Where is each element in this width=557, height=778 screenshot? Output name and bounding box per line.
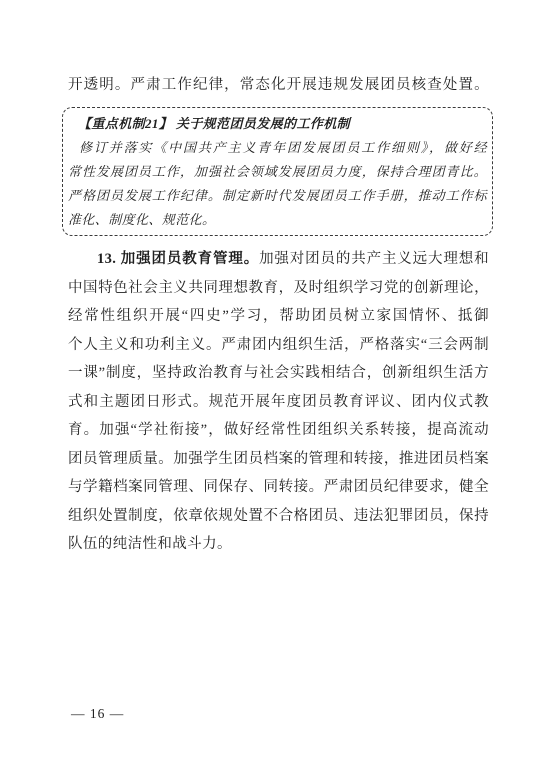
paragraph-13-lead: 13. 加强团员教育管理。 bbox=[97, 251, 259, 267]
paragraph-13-first-line: 13. 加强团员教育管理。加强对团员的共产主义远大理想和 bbox=[68, 245, 489, 274]
document-page: 开透明。严肃工作纪律，常态化开展违规发展团员核查处置。 【重点机制21】 关于规… bbox=[0, 0, 557, 778]
paragraph-13-line: 个人主义和功利主义。严肃团内组织生活，严格落实“三会两制 bbox=[68, 331, 489, 360]
paragraph-13-line: 一课”制度，坚持政治教育与社会实践相结合，创新组织生活方 bbox=[68, 359, 489, 388]
paragraph-13-line: 组织处置制度，依章依规处置不合格团员、违法犯罪团员，保持 bbox=[68, 502, 489, 531]
mechanism-box-line: 常性发展团员工作，加强社会领域发展团员力度，保持合理团青比。 bbox=[68, 160, 487, 184]
paragraph-13-first-line-rest: 加强对团员的共产主义远大理想和 bbox=[259, 251, 489, 267]
mechanism-box-line: 修订并落实《中国共产主义青年团发展团员工作细则》，做好经 bbox=[68, 136, 487, 160]
mechanism-box: 【重点机制21】 关于规范团员发展的工作机制 修订并落实《中国共产主义青年团发展… bbox=[62, 107, 493, 236]
paragraph-13-line: 与学籍档案同管理、同保存、同转接。严肃团员纪律要求，健全 bbox=[68, 473, 489, 502]
paragraph-continuation-line: 开透明。严肃工作纪律，常态化开展违规发展团员核查处置。 bbox=[68, 71, 489, 100]
paragraph-13-line: 中国特色社会主义共同理想教育，及时组织学习党的创新理论， bbox=[68, 274, 489, 303]
page-number: — 16 — bbox=[71, 703, 124, 725]
paragraph-13-line: 经常性组织开展“四史”学习，帮助团员树立家国情怀、抵御 bbox=[68, 302, 489, 331]
paragraph-13-line: 育。加强“学社衔接”，做好经常性团组织关系转接，提高流动 bbox=[68, 416, 489, 445]
mechanism-box-line: 严格团员发展工作纪律。制定新时代发展团员工作手册，推动工作标 bbox=[68, 184, 487, 208]
paragraph-13: 13. 加强团员教育管理。加强对团员的共产主义远大理想和 中国特色社会主义共同理… bbox=[68, 245, 489, 559]
paragraph-13-line: 团员管理质量。加强学生团员档案的管理和转接，推进团员档案 bbox=[68, 445, 489, 474]
mechanism-box-line: 准化、制度化、规范化。 bbox=[68, 208, 487, 232]
paragraph-13-line: 队伍的纯洁性和战斗力。 bbox=[68, 530, 489, 559]
paragraph-13-line: 式和主题团日形式。规范开展年度团员教育评议、团内仪式教 bbox=[68, 388, 489, 417]
mechanism-box-title: 【重点机制21】 关于规范团员发展的工作机制 bbox=[68, 112, 487, 136]
